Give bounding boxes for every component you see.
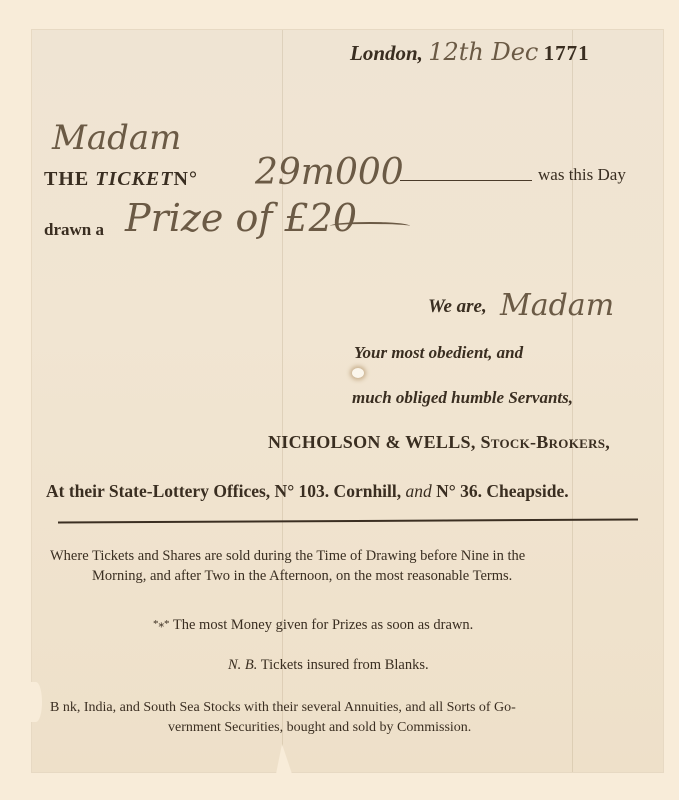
ticket-label: THE TICKETN°: [44, 168, 198, 191]
salutation: Madam: [52, 118, 181, 158]
pen-flourish: [330, 222, 410, 230]
prize-amount: Prize of £20: [125, 196, 357, 240]
notice-line-5: B nk, India, and South Sea Stocks with t…: [50, 700, 516, 716]
ticket-label-the: THE: [44, 168, 89, 190]
offices-address: At their State-Lottery Offices, N° 103. …: [46, 481, 569, 502]
place-name: London,: [350, 41, 423, 65]
offices-prefix: At their State-Lottery Offices, N° 103. …: [46, 481, 401, 501]
drawn-a-label: drawn a: [44, 220, 104, 240]
notice-line-6: vernment Securities, bought and sold by …: [168, 720, 471, 736]
notice-line-3-text: The most Money given for Prizes as soon …: [173, 617, 473, 633]
notice-line-1: Where Tickets and Shares are sold during…: [50, 548, 525, 565]
paper-stain: [352, 368, 364, 378]
closing-madam: Madam: [500, 288, 614, 323]
ticket-label-ticket: TICKET: [95, 168, 173, 190]
ticket-number: 29m000: [255, 152, 404, 193]
torn-edge: [30, 682, 42, 722]
date-year: 1771: [544, 41, 590, 65]
notice-line-4-text: Tickets insured from Blanks.: [261, 657, 429, 673]
offices-and: and: [406, 481, 432, 501]
closing-line-2: much obliged humble Servants,: [352, 388, 573, 408]
offices-suffix: N° 36. Cheapside.: [436, 481, 568, 501]
notice-line-2: Morning, and after Two in the Afternoon,…: [92, 568, 512, 585]
closing-line-1: Your most obedient, and: [354, 343, 523, 363]
fill-in-rule: [400, 180, 532, 181]
date-line: London, 12th Dec 1771: [350, 38, 590, 66]
ticket-label-no: N°: [174, 168, 198, 190]
torn-edge: [272, 744, 292, 774]
notice-line-4: N. B. Tickets insured from Blanks.: [228, 657, 429, 674]
notice-line-3: *⁎* The most Money given for Prizes as s…: [153, 617, 473, 634]
asterism-icon: *⁎*: [153, 618, 170, 630]
was-this-day-text: was this Day: [538, 165, 626, 185]
we-are-text: We are,: [428, 296, 487, 318]
firm-title: NICHOLSON & WELLS,: [268, 432, 476, 452]
firm-name: NICHOLSON & WELLS, Stock-Brokers,: [268, 432, 610, 453]
firm-role: Stock-Brokers,: [480, 432, 610, 452]
handwritten-date: 12th Dec: [428, 38, 538, 66]
nb-label: N. B.: [228, 657, 257, 673]
